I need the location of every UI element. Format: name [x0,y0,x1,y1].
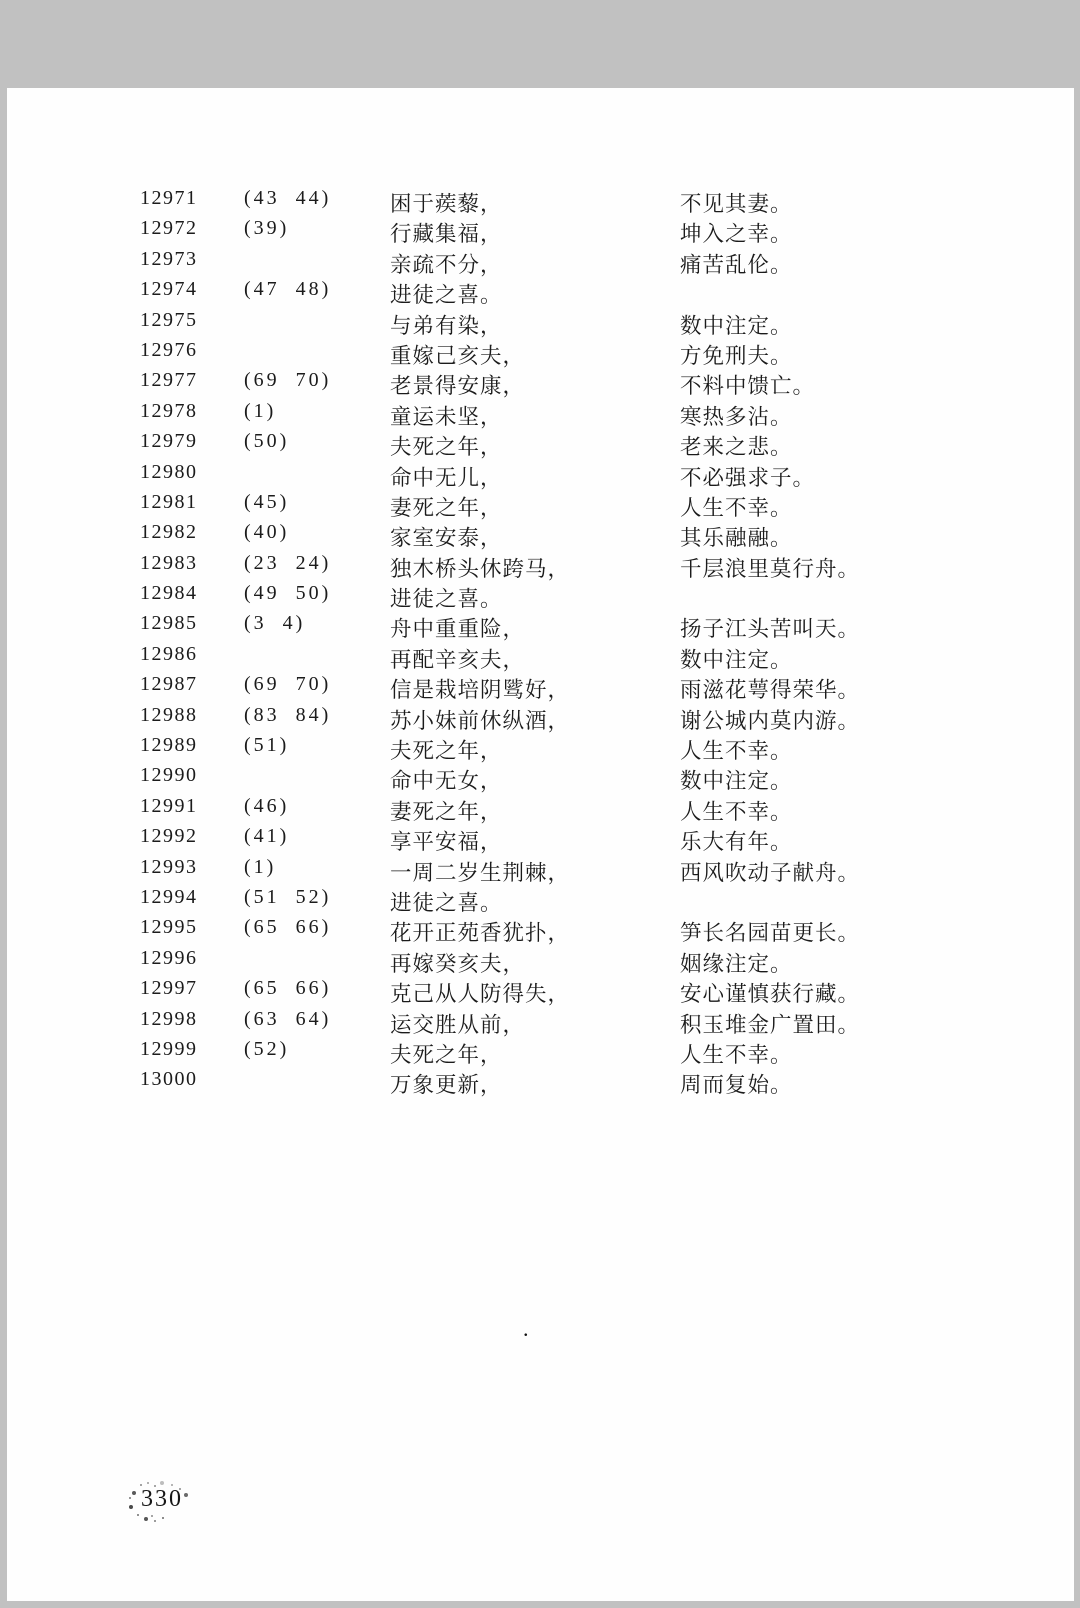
table-row: 12997 (65 66) 克己从人防得失， 安心谨慎获行藏。 [7,976,1074,1006]
entry-number: 12999 [140,1038,198,1061]
entry-left-phrase: 再嫁癸亥夫， [390,947,525,978]
entry-number: 12980 [140,461,198,484]
entry-number: 12982 [140,521,198,544]
entry-codes: (51 52) [244,886,331,909]
entry-left-phrase: 万象更新， [390,1068,503,1099]
entry-number: 12979 [140,430,198,453]
entry-number: 12992 [140,825,198,848]
entry-codes: (41) [244,825,289,848]
table-row: 12987 (69 70) 信是栽培阴骘好， 雨滋花萼得荣华。 [7,672,1074,702]
table-row: 12983 (23 24) 独木桥头休跨马， 千层浪里莫行舟。 [7,551,1074,581]
table-row: 12981 (45) 妻死之年， 人生不幸。 [7,490,1074,520]
entry-left-phrase: 与弟有染， [390,309,503,340]
table-row: 12991 (46) 妻死之年， 人生不幸。 [7,794,1074,824]
entry-codes: (49 50) [244,582,331,605]
entry-right-phrase: 老来之悲。 [680,430,793,461]
folio-area: 330 [127,1480,217,1524]
entry-right-phrase: 数中注定。 [680,309,793,340]
entry-right-phrase: 千层浪里莫行舟。 [680,552,860,583]
table-row: 12992 (41) 享平安福， 乐大有年。 [7,824,1074,854]
entry-left-phrase: 命中无女， [390,764,503,795]
entry-right-phrase: 不必强求子。 [680,461,815,492]
entry-left-phrase: 困于蒺藜， [390,187,503,218]
entry-right-phrase: 西风吹动子献舟。 [680,856,860,887]
entry-right-phrase: 痛苦乱伦。 [680,248,793,279]
table-row: 12984 (49 50) 进徒之喜。 [7,581,1074,611]
entry-right-phrase: 谢公城内莫内游。 [680,704,860,735]
entry-right-phrase: 数中注定。 [680,643,793,674]
table-row: 12986 再配辛亥夫， 数中注定。 [7,642,1074,672]
entry-number: 13000 [140,1068,198,1091]
entry-left-phrase: 信是栽培阴骘好， [390,673,570,704]
entry-number: 12981 [140,491,198,514]
entry-number: 12977 [140,369,198,392]
entry-number: 12995 [140,916,198,939]
table-row: 12994 (51 52) 进徒之喜。 [7,885,1074,915]
entry-left-phrase: 行藏集福， [390,217,503,248]
entry-codes: (51) [244,734,289,757]
scan-background: 12971 (43 44) 困于蒺藜， 不见其妻。 12972 (39) 行藏集… [0,0,1080,1608]
table-row: 12978 (1) 童运未坚， 寒热多沾。 [7,399,1074,429]
entry-codes: (46) [244,795,289,818]
entry-number: 12998 [140,1008,198,1031]
entry-codes: (69 70) [244,673,331,696]
entry-number: 12974 [140,278,198,301]
entry-number: 12984 [140,582,198,605]
table-row: 12974 (47 48) 进徒之喜。 [7,277,1074,307]
entry-left-phrase: 克己从人防得失， [390,977,570,1008]
entry-right-phrase: 积玉堆金广置田。 [680,1008,860,1039]
entry-number: 12976 [140,339,198,362]
entry-right-phrase: 方免刑夫。 [680,339,793,370]
entry-codes: (63 64) [244,1008,331,1031]
entry-left-phrase: 妻死之年， [390,795,503,826]
entry-codes: (65 66) [244,916,331,939]
entry-right-phrase: 姻缘注定。 [680,947,793,978]
entry-right-phrase: 寒热多沾。 [680,400,793,431]
entry-right-phrase: 坤入之幸。 [680,217,793,248]
table-row: 12995 (65 66) 花开正苑香犹扑， 笋长名园苗更长。 [7,915,1074,945]
entry-left-phrase: 独木桥头休跨马， [390,552,570,583]
entry-number: 12986 [140,643,198,666]
entry-left-phrase: 进徒之喜。 [390,886,503,917]
entry-right-phrase: 不见其妻。 [680,187,793,218]
entry-number: 12991 [140,795,198,818]
entry-number: 12985 [140,612,198,635]
entry-number: 12997 [140,977,198,1000]
entry-left-phrase: 再配辛亥夫， [390,643,525,674]
entry-right-phrase: 人生不幸。 [680,734,793,765]
entry-right-phrase: 其乐融融。 [680,521,793,552]
entry-left-phrase: 享平安福， [390,825,503,856]
table-row: 12993 (1) 一周二岁生荆棘， 西风吹动子献舟。 [7,855,1074,885]
entry-codes: (45) [244,491,289,514]
entry-codes: (3 4) [244,612,305,635]
entry-left-phrase: 一周二岁生荆棘， [390,856,570,887]
entry-codes: (50) [244,430,289,453]
table-row: 12973 亲疏不分， 痛苦乱伦。 [7,247,1074,277]
entry-right-phrase: 人生不幸。 [680,795,793,826]
entry-codes: (39) [244,217,289,240]
entry-number: 12990 [140,764,198,787]
table-row: 12980 命中无儿， 不必强求子。 [7,460,1074,490]
table-row: 12982 (40) 家室安泰， 其乐融融。 [7,520,1074,550]
entry-left-phrase: 命中无儿， [390,461,503,492]
table-row: 12998 (63 64) 运交胜从前， 积玉堆金广置田。 [7,1007,1074,1037]
entry-left-phrase: 家室安泰， [390,521,503,552]
entry-codes: (83 84) [244,704,331,727]
entry-left-phrase: 花开正苑香犹扑， [390,916,570,947]
entry-codes: (69 70) [244,369,331,392]
table-row: 13000 万象更新， 周而复始。 [7,1067,1074,1097]
entry-number: 12988 [140,704,198,727]
entry-right-phrase: 数中注定。 [680,764,793,795]
entry-codes: (23 24) [244,552,331,575]
table-row: 12985 (3 4) 舟中重重险， 扬子江头苦叫天。 [7,611,1074,641]
entry-left-phrase: 重嫁己亥夫， [390,339,525,370]
entry-number: 12973 [140,248,198,271]
table-row: 12975 与弟有染， 数中注定。 [7,308,1074,338]
entry-right-phrase: 周而复始。 [680,1068,793,1099]
entry-left-phrase: 进徒之喜。 [390,278,503,309]
entry-left-phrase: 老景得安康， [390,369,525,400]
entry-left-phrase: 亲疏不分， [390,248,503,279]
entry-right-phrase: 笋长名园苗更长。 [680,916,860,947]
entry-codes: (43 44) [244,187,331,210]
entry-codes: (52) [244,1038,289,1061]
entry-number: 12994 [140,886,198,909]
entry-number: 12993 [140,856,198,879]
entry-right-phrase: 安心谨慎获行藏。 [680,977,860,1008]
entry-right-phrase: 扬子江头苦叫天。 [680,612,860,643]
table-row: 12977 (69 70) 老景得安康， 不料中馈亡。 [7,368,1074,398]
entry-right-phrase: 不料中馈亡。 [680,369,815,400]
entry-codes: (65 66) [244,977,331,1000]
table-row: 12996 再嫁癸亥夫， 姻缘注定。 [7,946,1074,976]
entry-codes: (1) [244,400,276,423]
entry-codes: (47 48) [244,278,331,301]
entry-number: 12972 [140,217,198,240]
book-page: 12971 (43 44) 困于蒺藜， 不见其妻。 12972 (39) 行藏集… [7,88,1074,1601]
entry-number: 12983 [140,552,198,575]
entry-right-phrase: 乐大有年。 [680,825,793,856]
entry-number: 12989 [140,734,198,757]
table-row: 12971 (43 44) 困于蒺藜， 不见其妻。 [7,186,1074,216]
entry-left-phrase: 夫死之年， [390,734,503,765]
entry-left-phrase: 运交胜从前， [390,1008,525,1039]
entry-left-phrase: 夫死之年， [390,430,503,461]
stray-ink-dot: . [523,1316,529,1342]
entry-left-phrase: 夫死之年， [390,1038,503,1069]
entry-number: 12996 [140,947,198,970]
entry-left-phrase: 童运未坚， [390,400,503,431]
table-row: 12988 (83 84) 苏小妹前休纵酒， 谢公城内莫内游。 [7,703,1074,733]
entry-right-phrase: 人生不幸。 [680,1038,793,1069]
entry-left-phrase: 舟中重重险， [390,612,525,643]
entry-number: 12987 [140,673,198,696]
entries-table: 12971 (43 44) 困于蒺藜， 不见其妻。 12972 (39) 行藏集… [7,186,1074,1098]
entry-left-phrase: 进徒之喜。 [390,582,503,613]
table-row: 12999 (52) 夫死之年， 人生不幸。 [7,1037,1074,1067]
entry-right-phrase: 雨滋花萼得荣华。 [680,673,860,704]
entry-left-phrase: 苏小妹前休纵酒， [390,704,570,735]
table-row: 12989 (51) 夫死之年， 人生不幸。 [7,733,1074,763]
entry-number: 12978 [140,400,198,423]
table-row: 12976 重嫁己亥夫， 方免刑夫。 [7,338,1074,368]
entry-number: 12975 [140,309,198,332]
entry-number: 12971 [140,187,198,210]
entry-right-phrase: 人生不幸。 [680,491,793,522]
table-row: 12979 (50) 夫死之年， 老来之悲。 [7,429,1074,459]
entry-codes: (1) [244,856,276,879]
table-row: 12990 命中无女， 数中注定。 [7,763,1074,793]
scan-speckles [127,1480,129,1482]
page-number: 330 [141,1486,183,1513]
table-row: 12972 (39) 行藏集福， 坤入之幸。 [7,216,1074,246]
entry-left-phrase: 妻死之年， [390,491,503,522]
entry-codes: (40) [244,521,289,544]
